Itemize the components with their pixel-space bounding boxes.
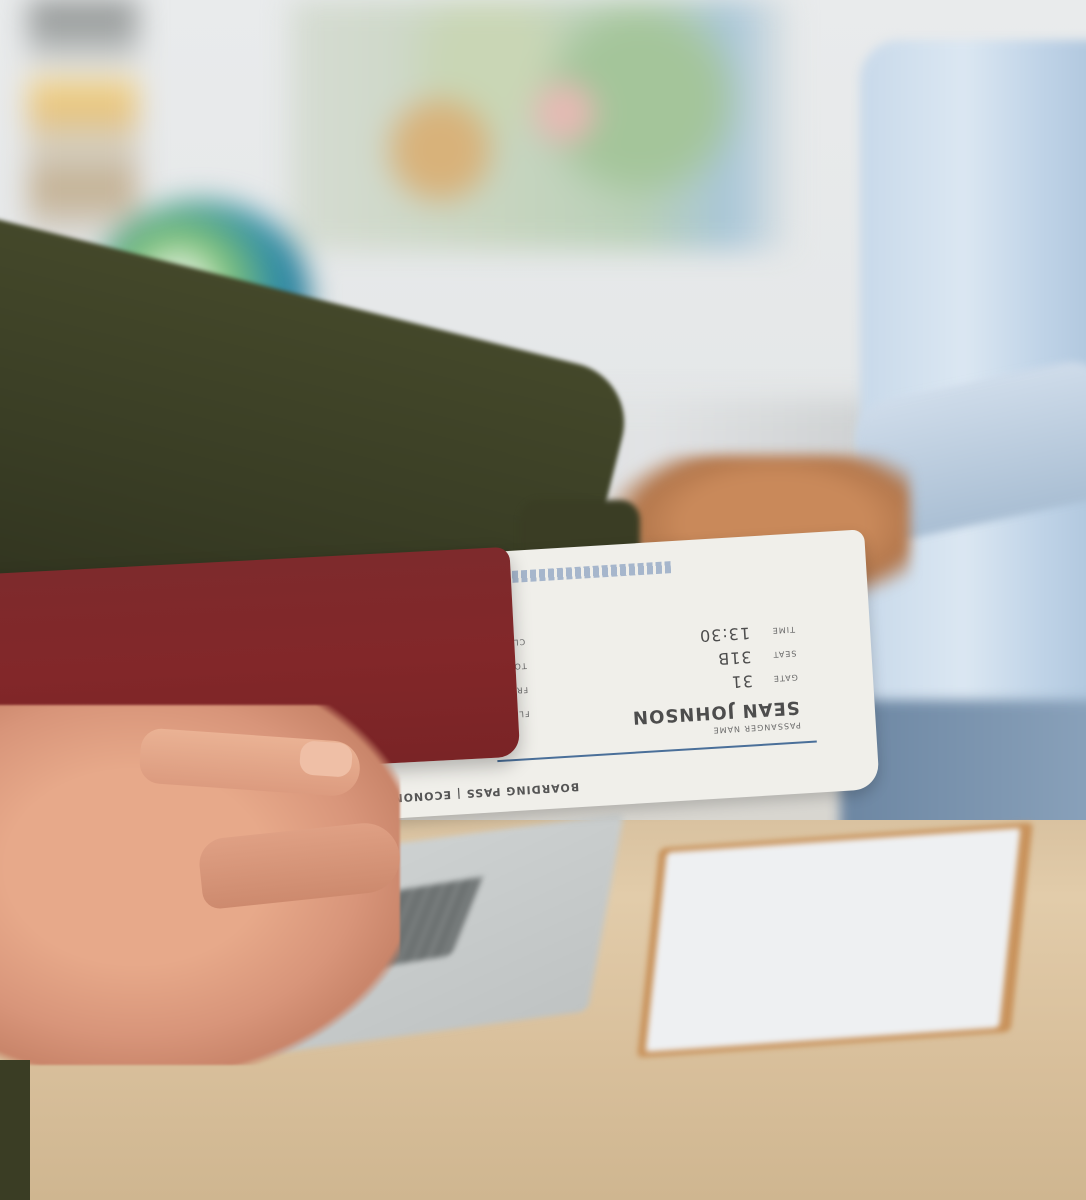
wall-poster xyxy=(28,0,138,240)
gate-label: GATE xyxy=(773,673,799,684)
gate-value: 31 xyxy=(730,671,753,691)
time-value: 13:30 xyxy=(698,623,750,645)
time-label: TIME xyxy=(771,625,795,635)
thumb-nail xyxy=(299,740,353,778)
world-map-poster xyxy=(290,0,790,250)
passenger-label: PASSANGER NAME xyxy=(712,721,801,735)
photo-scene: BOARDING PASS | ECONOMY CLASS PASSANGER … xyxy=(0,0,1086,1200)
boarding-pass-divider xyxy=(497,741,817,763)
seat-label: SEAT xyxy=(772,649,796,659)
seat-value: 31B xyxy=(717,647,752,668)
sleeve-edge xyxy=(0,1060,30,1200)
clipboard-paper xyxy=(646,828,1021,1052)
